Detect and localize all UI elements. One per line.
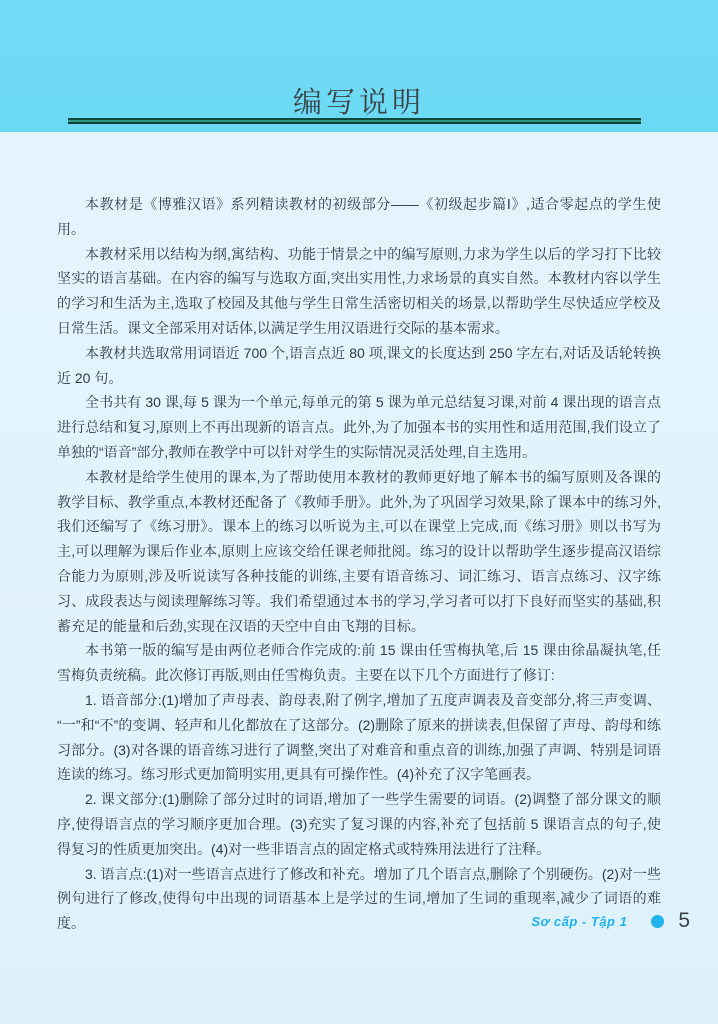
paragraph-principles: 本教材采用以结构为纲,寓结构、功能于情景之中的编写原则,力求为学生以后的学习打下… <box>57 242 661 341</box>
paragraph-revision-texts: 2. 课文部分:(1)删除了部分过时的词语,增加了一些学生需要的词语。(2)调整… <box>57 787 661 861</box>
page-number: 5 <box>678 909 690 933</box>
paragraph-materials: 本教材是给学生使用的课本,为了帮助使用本教材的教师更好地了解本书的编写原则及各课… <box>57 465 661 639</box>
book-series-label: Sơ cấp - Tập 1 <box>531 914 627 929</box>
page-header: 编写说明 <box>0 0 718 132</box>
paragraph-intro: 本教材是《博雅汉语》系列精读教材的初级部分——《初级起步篇Ⅰ》,适合零起点的学生… <box>57 192 661 242</box>
paragraph-statistics: 本教材共选取常用词语近 700 个,语言点近 80 项,课文的长度达到 250 … <box>57 341 661 391</box>
header-divider-line <box>68 118 641 124</box>
textbook-page: 编写说明 本教材是《博雅汉语》系列精读教材的初级部分——《初级起步篇Ⅰ》,适合零… <box>0 0 718 1024</box>
bullet-dot-icon <box>651 915 664 928</box>
paragraph-structure: 全书共有 30 课,每 5 课为一个单元,每单元的第 5 课为单元总结复习课,对… <box>57 390 661 464</box>
body-text: 本教材是《博雅汉语》系列精读教材的初级部分——《初级起步篇Ⅰ》,适合零起点的学生… <box>57 132 661 936</box>
page-footer: Sơ cấp - Tập 1 5 <box>531 908 690 934</box>
paragraph-authors: 本书第一版的编写是由两位老师合作完成的:前 15 课由任雪梅执笔,后 15 课由… <box>57 638 661 688</box>
page-title: 编写说明 <box>0 80 718 121</box>
paragraph-revision-phonetics: 1. 语音部分:(1)增加了声母表、韵母表,附了例字,增加了五度声调表及音变部分… <box>57 688 661 787</box>
